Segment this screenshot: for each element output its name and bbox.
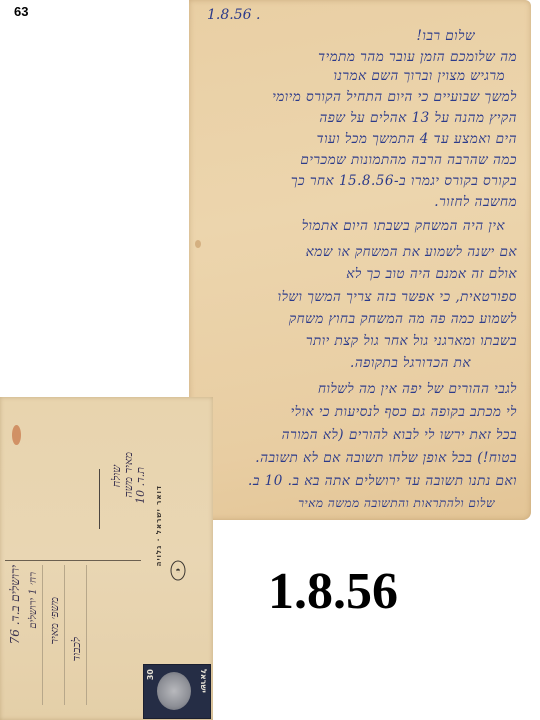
letter-line: ספורטאית, כי אפשר בזה צריך המשך ושלו (278, 289, 517, 305)
stamp-value: 30 (146, 669, 155, 680)
letter-line: לגבי ההורים של יפה אין מה לשלוח (318, 381, 517, 397)
coin-icon (157, 672, 191, 710)
letter-line: הים ואמצע עד 4 התמשך מכל ועוד (317, 131, 517, 147)
letter-line: לי מכתב בקופה גם כסף לנסיעות כי אולי (291, 404, 517, 420)
recipient-line: ירושלים ב.ד. 76 (8, 565, 23, 644)
letter-line: מחשבה לחזור. (434, 194, 517, 210)
address-rule (42, 565, 43, 705)
address-rule (86, 565, 87, 705)
letter-card: 1.8.56 . שלום רבו! מה שלומכם הזמן עובר מ… (189, 0, 531, 520)
page-number: 63 (14, 4, 28, 19)
paper-stain (195, 240, 201, 248)
address-rule (64, 565, 65, 705)
rust-stain (12, 425, 21, 445)
letter-line: למשך שבועיים כי היום התחיל הקורס מיומי (272, 89, 517, 105)
letter-line: כמה שהרבה הרבה מהתמונות שמכרים (300, 152, 517, 168)
stamp-country: ישראל (199, 669, 208, 693)
caption-date: 1.8.56 (268, 562, 398, 621)
letter-greeting: שלום רבו! (416, 28, 475, 44)
letter-line: ואם נתנו תשובה עד ירושלים אתה בא ב. 10 ב… (248, 473, 517, 489)
recipient-line: לכבוד (70, 637, 83, 661)
printed-header: דואר ישראל · גלויה (155, 485, 163, 566)
letter-line: שלום ולהתראות והתשובה ממשה מאיר (298, 496, 495, 511)
letter-line: אולם זה אמנם היה טוב כך לא (346, 266, 517, 282)
recipient-line: משפ׳ מאיר (48, 597, 61, 645)
letter-line: מה שלומכם הזמן עובר מהר מתמיד (318, 49, 517, 65)
postage-stamp: 30 ישראל (143, 664, 211, 719)
letter-line: בכל זאת ירשו לי לבוא להורים (לא המורה (282, 427, 517, 443)
letter-line: אם ישנה לשמוע את המשחק או שמא (306, 244, 517, 260)
letter-line: בקורס בקורס יגמרו ב-15.8.56 אחר כך (291, 173, 517, 189)
recipient-line: רח׳ 1 ירושלים (28, 572, 39, 629)
letter-line: בטוח!) בכל אופן שלחו תשובה אם לא תשובה. (255, 450, 517, 466)
letter-line: מרגיש מצוין וברוך השם אמרנו (333, 68, 505, 84)
post-emblem-icon: ◐ (171, 561, 186, 581)
letter-line: בשבתו ומארגני גול אחר גול קצת יותר (306, 333, 517, 349)
signature-stroke (99, 469, 100, 529)
letter-line: אין היה המשחק בשבתו היום אתמול (302, 218, 505, 234)
divider-line (5, 560, 141, 561)
letter-line: לשמוע כמה פה מה המשחק בחוץ משחק (289, 311, 517, 327)
letter-line: הקיץ מהנה על 13 אהלים על שפה (319, 110, 517, 126)
sender-line: ת.ד. 10 (134, 467, 147, 504)
letter-line: את הכדורגל בתקופה. (350, 355, 471, 371)
letter-date: 1.8.56 . (207, 7, 260, 23)
